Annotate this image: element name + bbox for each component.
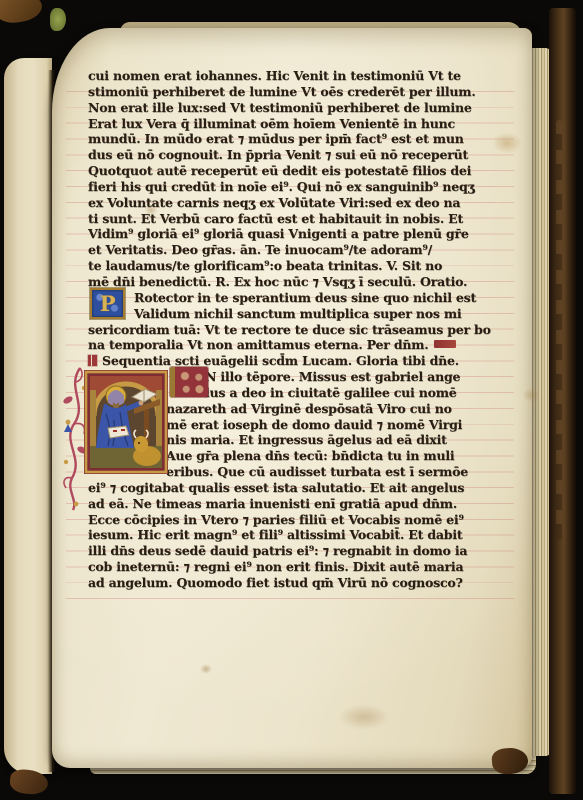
book-cover-edge [549,8,576,794]
text-line: Non erat ille lux:sed Vt testimoniū perh… [88,100,488,116]
text-line: eribus. Que cū audisset turbata est ī se… [166,464,488,480]
cover-wear-streaks [556,120,562,540]
text-line: Rotector in te sperantium deus sine quo … [134,290,488,306]
book-page: P cui nomen erat iohannes. Hic Venit in … [52,28,532,768]
moss-debris-spot [50,8,66,31]
text-line: mē erat ioseph de domo dauid ⁊ nomē Virg… [166,417,488,433]
text-line: mē dn̄i benedictū. R. Ex hoc nūc ⁊ Vsqʒ … [88,274,488,290]
text-line: iesum. Hic erit magn⁹ et fili⁹ altissimi… [88,527,488,543]
text-line: Aue gr̄a plena dn̄s tecū: bn̄dicta tu in… [166,448,488,464]
illuminated-initial-P: P [90,288,125,319]
text-line: illi dn̄s deus sedē dauid patris ei⁹: ⁊ … [88,543,488,559]
text-line: ad eā. Ne timeas maria inuenisti enī gra… [88,496,488,512]
photo-backdrop: P cui nomen erat iohannes. Hic Venit in … [0,0,583,800]
text-line: et Veritatis. Deo gr̄as. ān. Te inuocam⁹… [88,242,488,258]
text-block: P cui nomen erat iohannes. Hic Venit in … [88,68,488,591]
initial-letter: P [100,293,116,314]
stain [338,704,390,730]
rubric-paragraph-mark [88,355,97,366]
text-line: Erat lux Vera q̄ illuminat oēm hoīem Ven… [88,116,488,132]
text-line: fieri his qui credūt in noīe ei⁹. Qui nō… [88,179,488,195]
text-line: ad angelum. Quomodo fiet istud qm̄ Virū … [88,575,488,591]
clasp-fragment-top-left [0,0,44,25]
text-line: Ecce cōcipies in Vtero ⁊ paries filiū et… [88,512,488,528]
text-line: Vidim⁹ gloriā ei⁹ gloriā quasi Vnigenti … [88,226,488,242]
text-line: ei⁹ ⁊ cogitabat qualis esset ista saluta… [88,480,488,496]
text-line: na temporalia Vt non amittamus eterna. P… [88,337,488,353]
text-line: cui nomen erat iohannes. Hic Venit in te… [88,68,488,84]
text-line: nis maria. Et ingressus āgelus ad eā dix… [166,432,488,448]
text-line: N illo tēpore. Missus est gabriel ange [205,369,488,385]
text-line: lus a deo in ciuitatē galilee cui nomē [205,385,488,401]
text-line: Quotquot autē receperūt eū dedit eis pot… [88,163,488,179]
miniature-st-luke [84,370,168,474]
text-line: dus eū nō cognouit. In p̄pria Venit ⁊ su… [88,147,488,163]
rubric-line-filler [434,340,456,348]
text-line: Sequentia scti euāgelii scd̄m Lucam. Glo… [88,353,488,369]
text-line: ex Voluntate carnis neqʒ ex Volūtate Vir… [88,195,488,211]
text-line: Validum nichil sanctum multiplica super … [134,306,488,322]
text-line: nazareth ad Virginē despōsatā Viro cui n… [166,401,488,417]
previous-page-sliver [4,58,52,774]
stain [200,664,212,674]
text-line: cob ineternū: ⁊ regni ei⁹ non erit finis… [88,559,488,575]
text-line: mundū. In mūdo erat ⁊ mūdus per ipm̄ fac… [88,131,488,147]
text-line: sericordiam tuā: Vt te rectore te duce s… [88,322,488,338]
rubric-initial-ornament [170,367,208,397]
text-line: ti sunt. Et Verbū caro factū est et habi… [88,211,488,227]
text-line: te laudamus/te glorificam⁹:o beata trini… [88,258,488,274]
text-line: stimoniū perhiberet de lumine Vt oēs cre… [88,84,488,100]
